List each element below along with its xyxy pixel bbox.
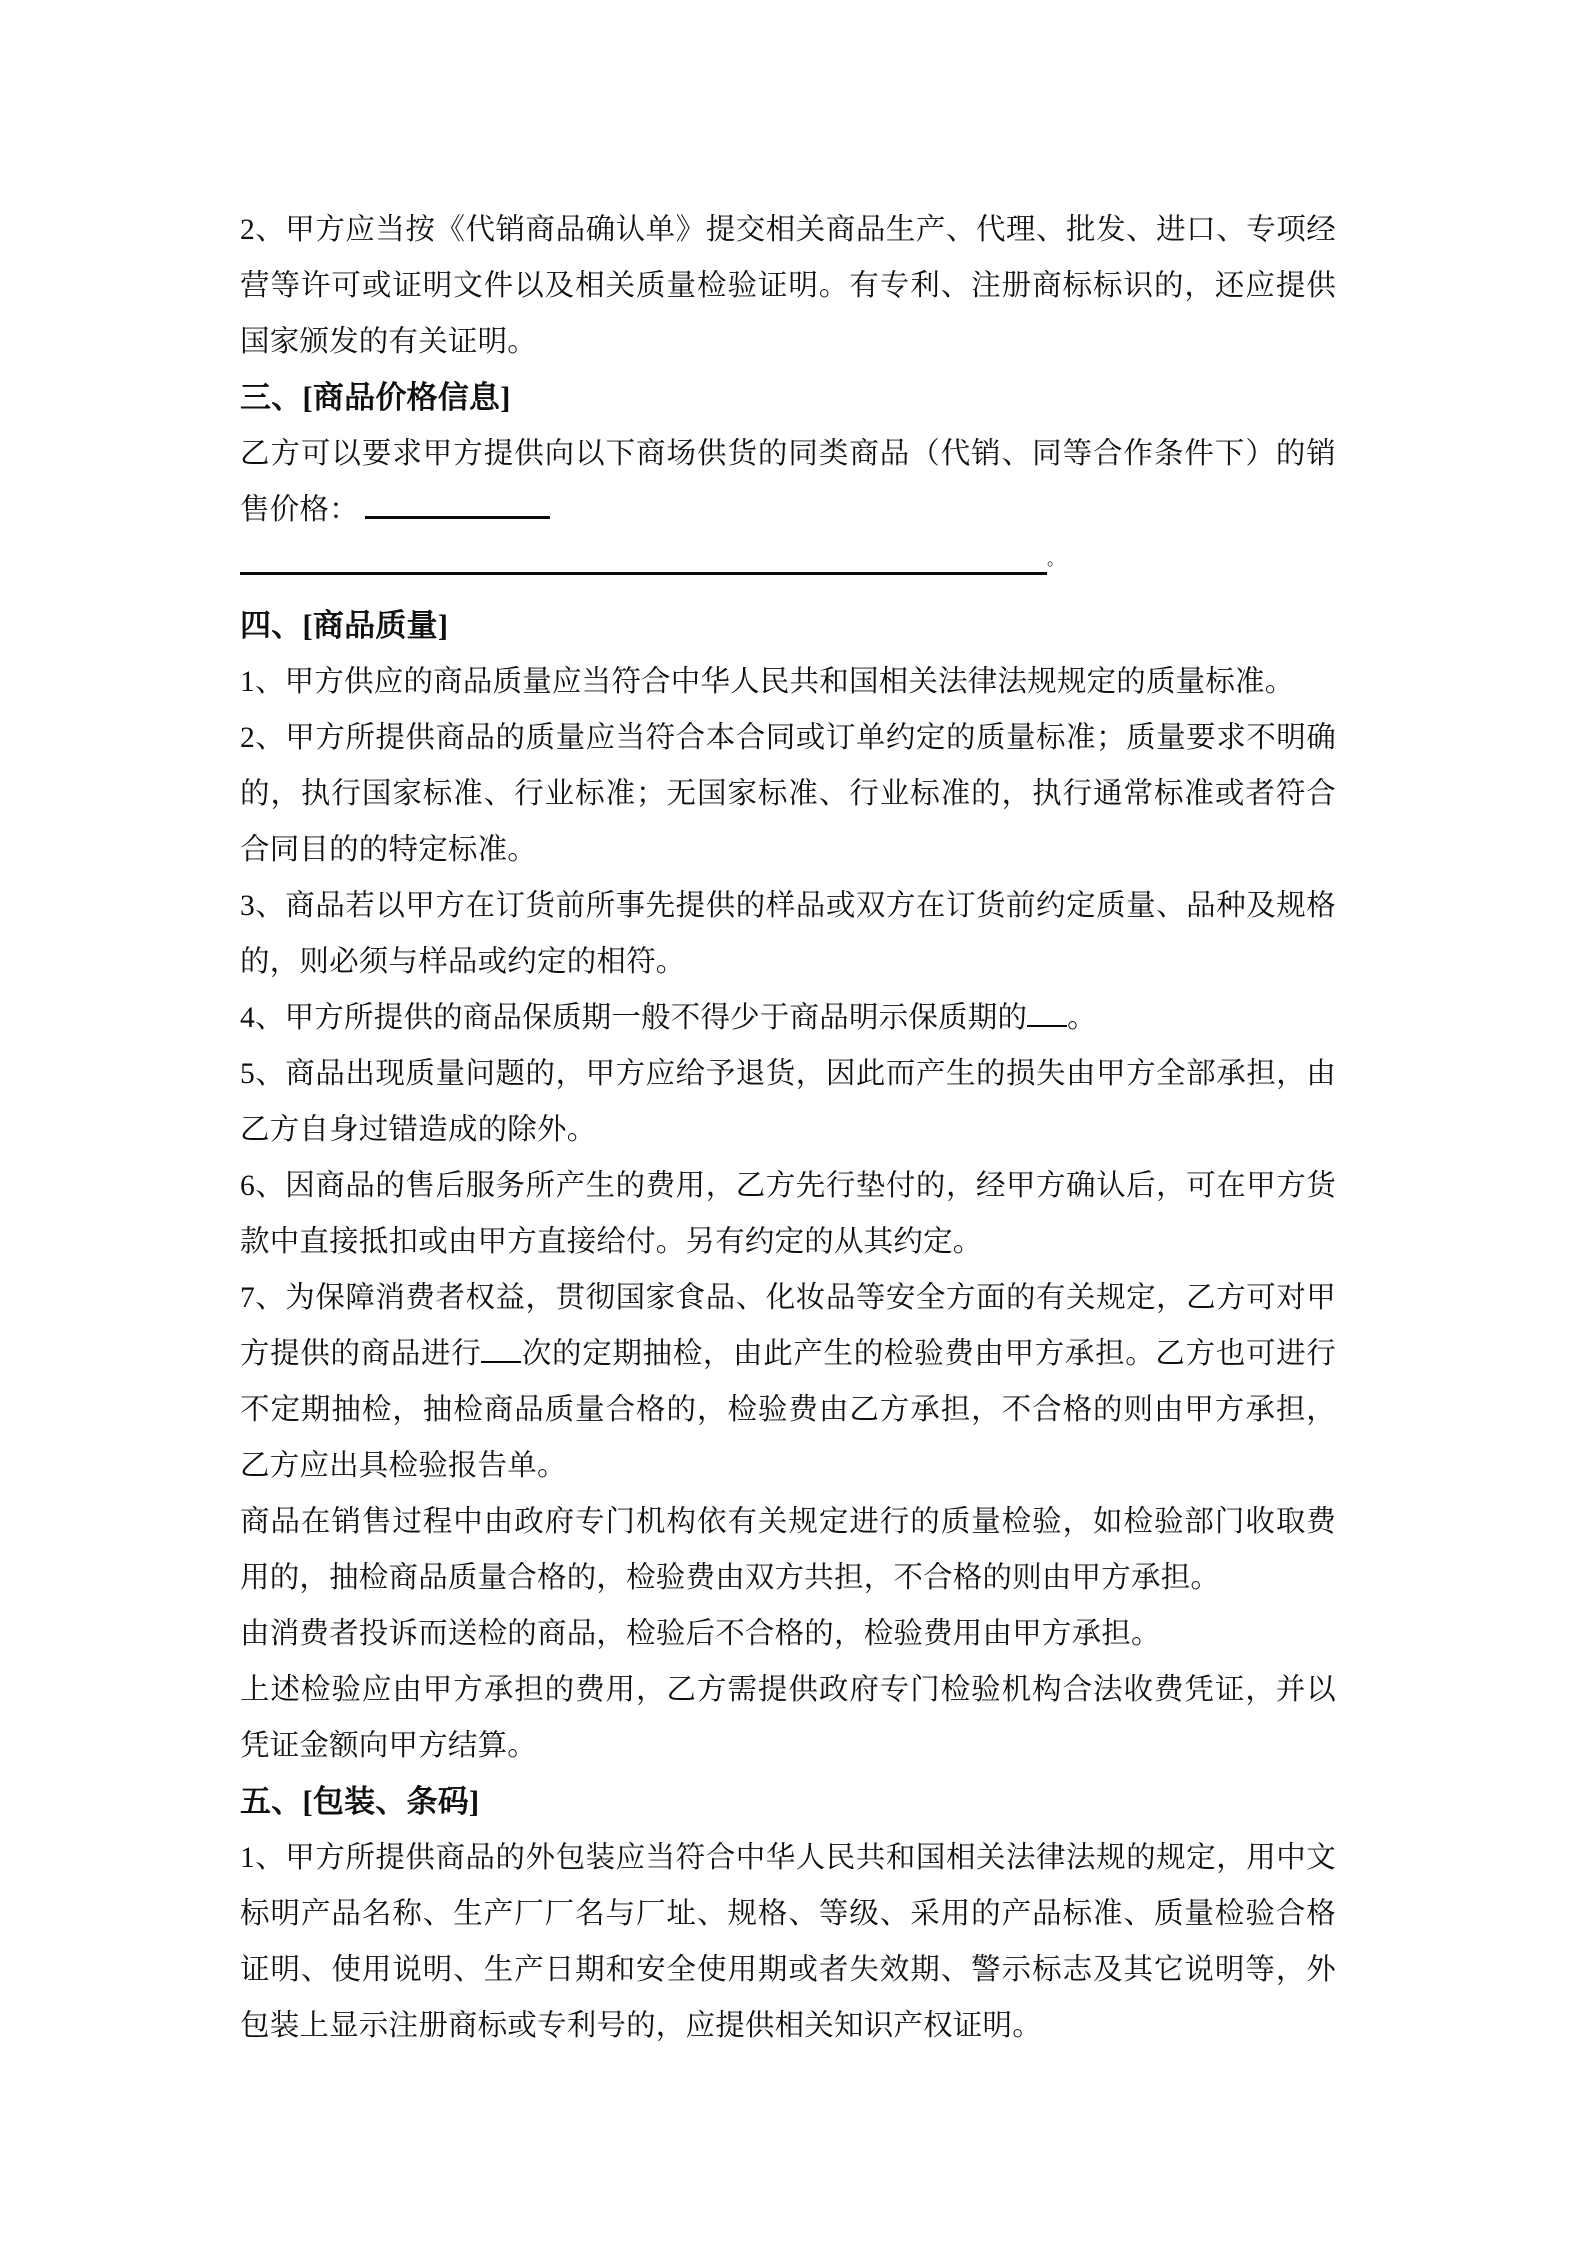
clause-packaging-1: 1、甲方所提供商品的外包装应当符合中华人民共和国相关法律法规的规定，用中文标明产… [240,1830,1336,2054]
clause-quality-1: 1、甲方供应的商品质量应当符合中华人民共和国相关法律法规规定的质量标准。 [240,654,1336,710]
clause-quality-consumer-complaint: 由消费者投诉而送检的商品，检验后不合格的，检验费用由甲方承担。 [240,1606,1336,1662]
clause-quality-2: 2、甲方所提供商品的质量应当符合本合同或订单约定的质量标准；质量要求不明确的，执… [240,710,1336,878]
clause-quality-fee-settlement: 上述检验应由甲方承担的费用，乙方需提供政府专门检验机构合法收费凭证，并以凭证金额… [240,1662,1336,1774]
inspection-times-blank-underline [481,1357,521,1363]
clause-quality-3: 3、商品若以甲方在订货前所事先提供的样品或双方在订货前约定质量、品种及规格的，则… [240,878,1336,990]
price-fill-line: 。 [240,538,1336,598]
clause-quality-4-period: 。 [1067,1002,1097,1034]
section-heading-quality: 四、[商品质量] [240,598,1336,654]
document-content: 2、甲方应当按《代销商品确认单》提交相关商品生产、代理、批发、进口、专项经营等许… [240,202,1336,2054]
price-blank-underline [365,512,550,519]
clause-quality-6: 6、因商品的售后服务所产生的费用，乙方先行垫付的，经甲方确认后，可在甲方货款中直… [240,1158,1336,1270]
shelf-life-blank-underline [1027,1021,1067,1027]
section-heading-price-info: 三、[商品价格信息] [240,370,1336,426]
document-page: 2、甲方应当按《代销商品确认单》提交相关商品生产、代理、批发、进口、专项经营等许… [0,0,1586,2244]
clause-price: 乙方可以要求甲方提供向以下商场供货的同类商品（代销、同等合作条件下）的销售价格： [240,426,1336,538]
clause-quality-gov-inspection: 商品在销售过程中由政府专门机构依有关规定进行的质量检验，如检验部门收取费用的，抽… [240,1494,1336,1606]
long-blank-underline [240,568,1047,575]
clause-quality-4: 4、甲方所提供的商品保质期一般不得少于商品明示保质期的。 [240,990,1336,1046]
clause-license: 2、甲方应当按《代销商品确认单》提交相关商品生产、代理、批发、进口、专项经营等许… [240,202,1336,370]
clause-quality-5: 5、商品出现质量问题的，甲方应给予退货，因此而产生的损失由甲方全部承担，由乙方自… [240,1046,1336,1158]
clause-quality-7: 7、为保障消费者权益，贯彻国家食品、化妆品等安全方面的有关规定，乙方可对甲方提供… [240,1270,1336,1494]
price-line-period: 。 [1047,550,1064,569]
clause-quality-4-text: 4、甲方所提供的商品保质期一般不得少于商品明示保质期的 [240,1002,1027,1034]
section-heading-packaging-barcode: 五、[包装、条码] [240,1774,1336,1830]
